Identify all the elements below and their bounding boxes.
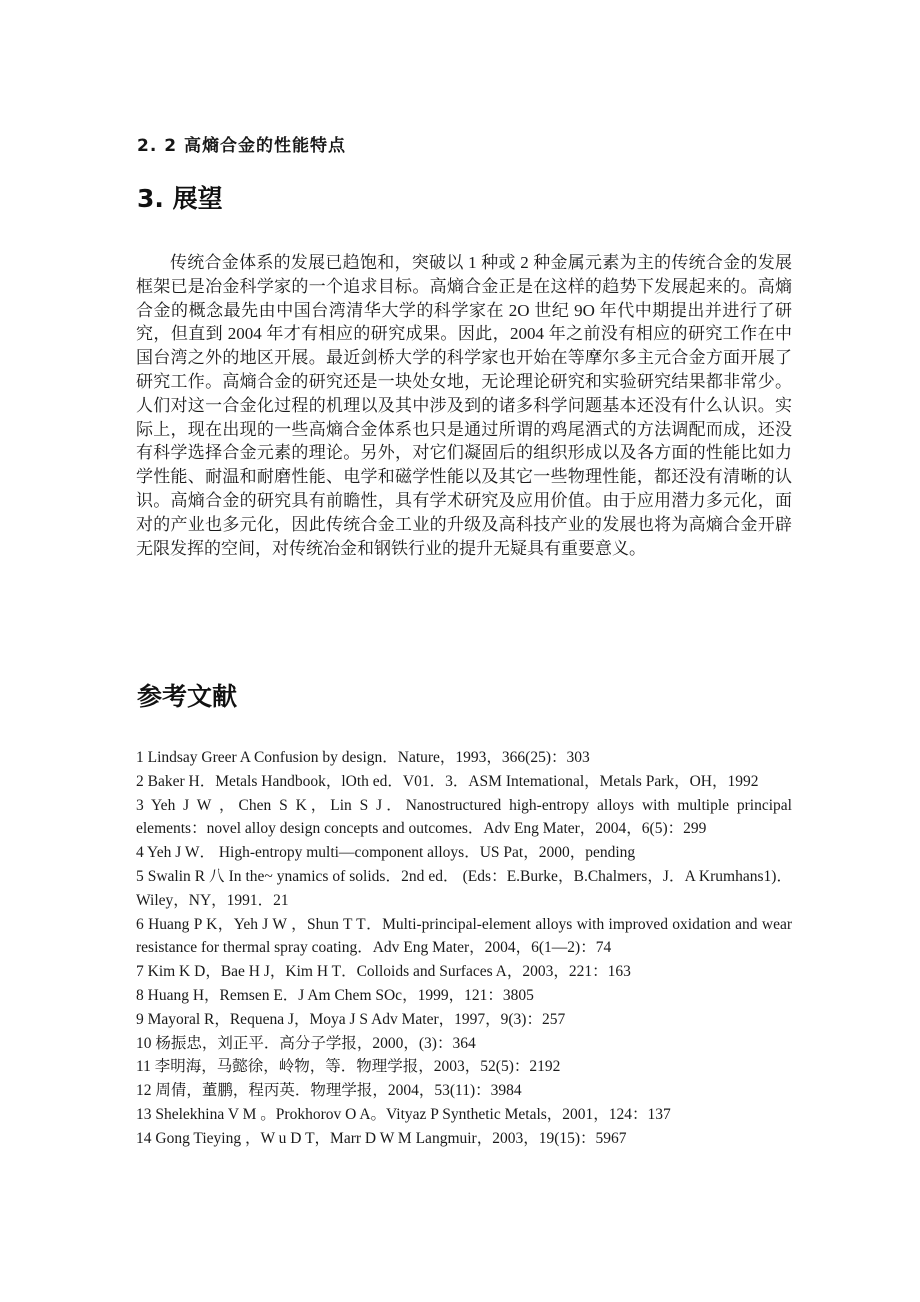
reference-item-11: 11 李明海，马懿徐，岭物，等．物理学报，2003，52(5)：2192: [136, 1055, 792, 1079]
reference-item-9: 9 Mayoral R，Requena J，Moya J S Adv Mater…: [136, 1008, 792, 1032]
section-3-heading: 3. 展望: [137, 183, 797, 215]
reference-item-8: 8 Huang H，Remsen E．J Am Chem SOc，1999，12…: [136, 984, 792, 1008]
reference-item-1: 1 Lindsay Greer A Confusion by design．Na…: [136, 746, 792, 770]
reference-item-10: 10 杨振忠，刘正平．高分子学报，2000，(3)：364: [136, 1032, 792, 1056]
reference-item-2: 2 Baker H．Metals Handbook，lOth ed．V01．3．…: [136, 770, 792, 794]
reference-item-13: 13 Shelekhina V M 。Prokhorov O A。Vityaz …: [136, 1103, 792, 1127]
reference-item-14: 14 Gong Tieying ，W u D T，Marr D W M Lang…: [136, 1127, 792, 1151]
reference-item-12: 12 周倩，董鹏，程丙英．物理学报，2004，53(11)：3984: [136, 1079, 792, 1103]
reference-item-7: 7 Kim K D，Bae H J，Kim H T．Colloids and S…: [136, 960, 792, 984]
section-2-2-heading: 2. 2 高熵合金的性能特点: [137, 134, 797, 158]
reference-item-4: 4 Yeh J W． High-entropy multi—component …: [136, 841, 792, 865]
document-page: 2. 2 高熵合金的性能特点 3. 展望 传统合金体系的发展已趋饱和，突破以 1…: [0, 0, 920, 1302]
reference-item-6: 6 Huang P K，Yeh J W ，Shun T T．Multi-prin…: [136, 913, 792, 961]
references-heading: 参考文献: [137, 681, 797, 713]
prospect-paragraph: 传统合金体系的发展已趋饱和，突破以 1 种或 2 种金属元素为主的传统合金的发展…: [136, 251, 792, 560]
references-list: 1 Lindsay Greer A Confusion by design．Na…: [136, 746, 792, 1151]
reference-item-3: 3 Yeh J W ，Chen S K，Lin S J．Nanostructur…: [136, 794, 792, 842]
reference-item-5: 5 Swalin R 八 In the~ ynamics of solids．2…: [136, 865, 792, 913]
